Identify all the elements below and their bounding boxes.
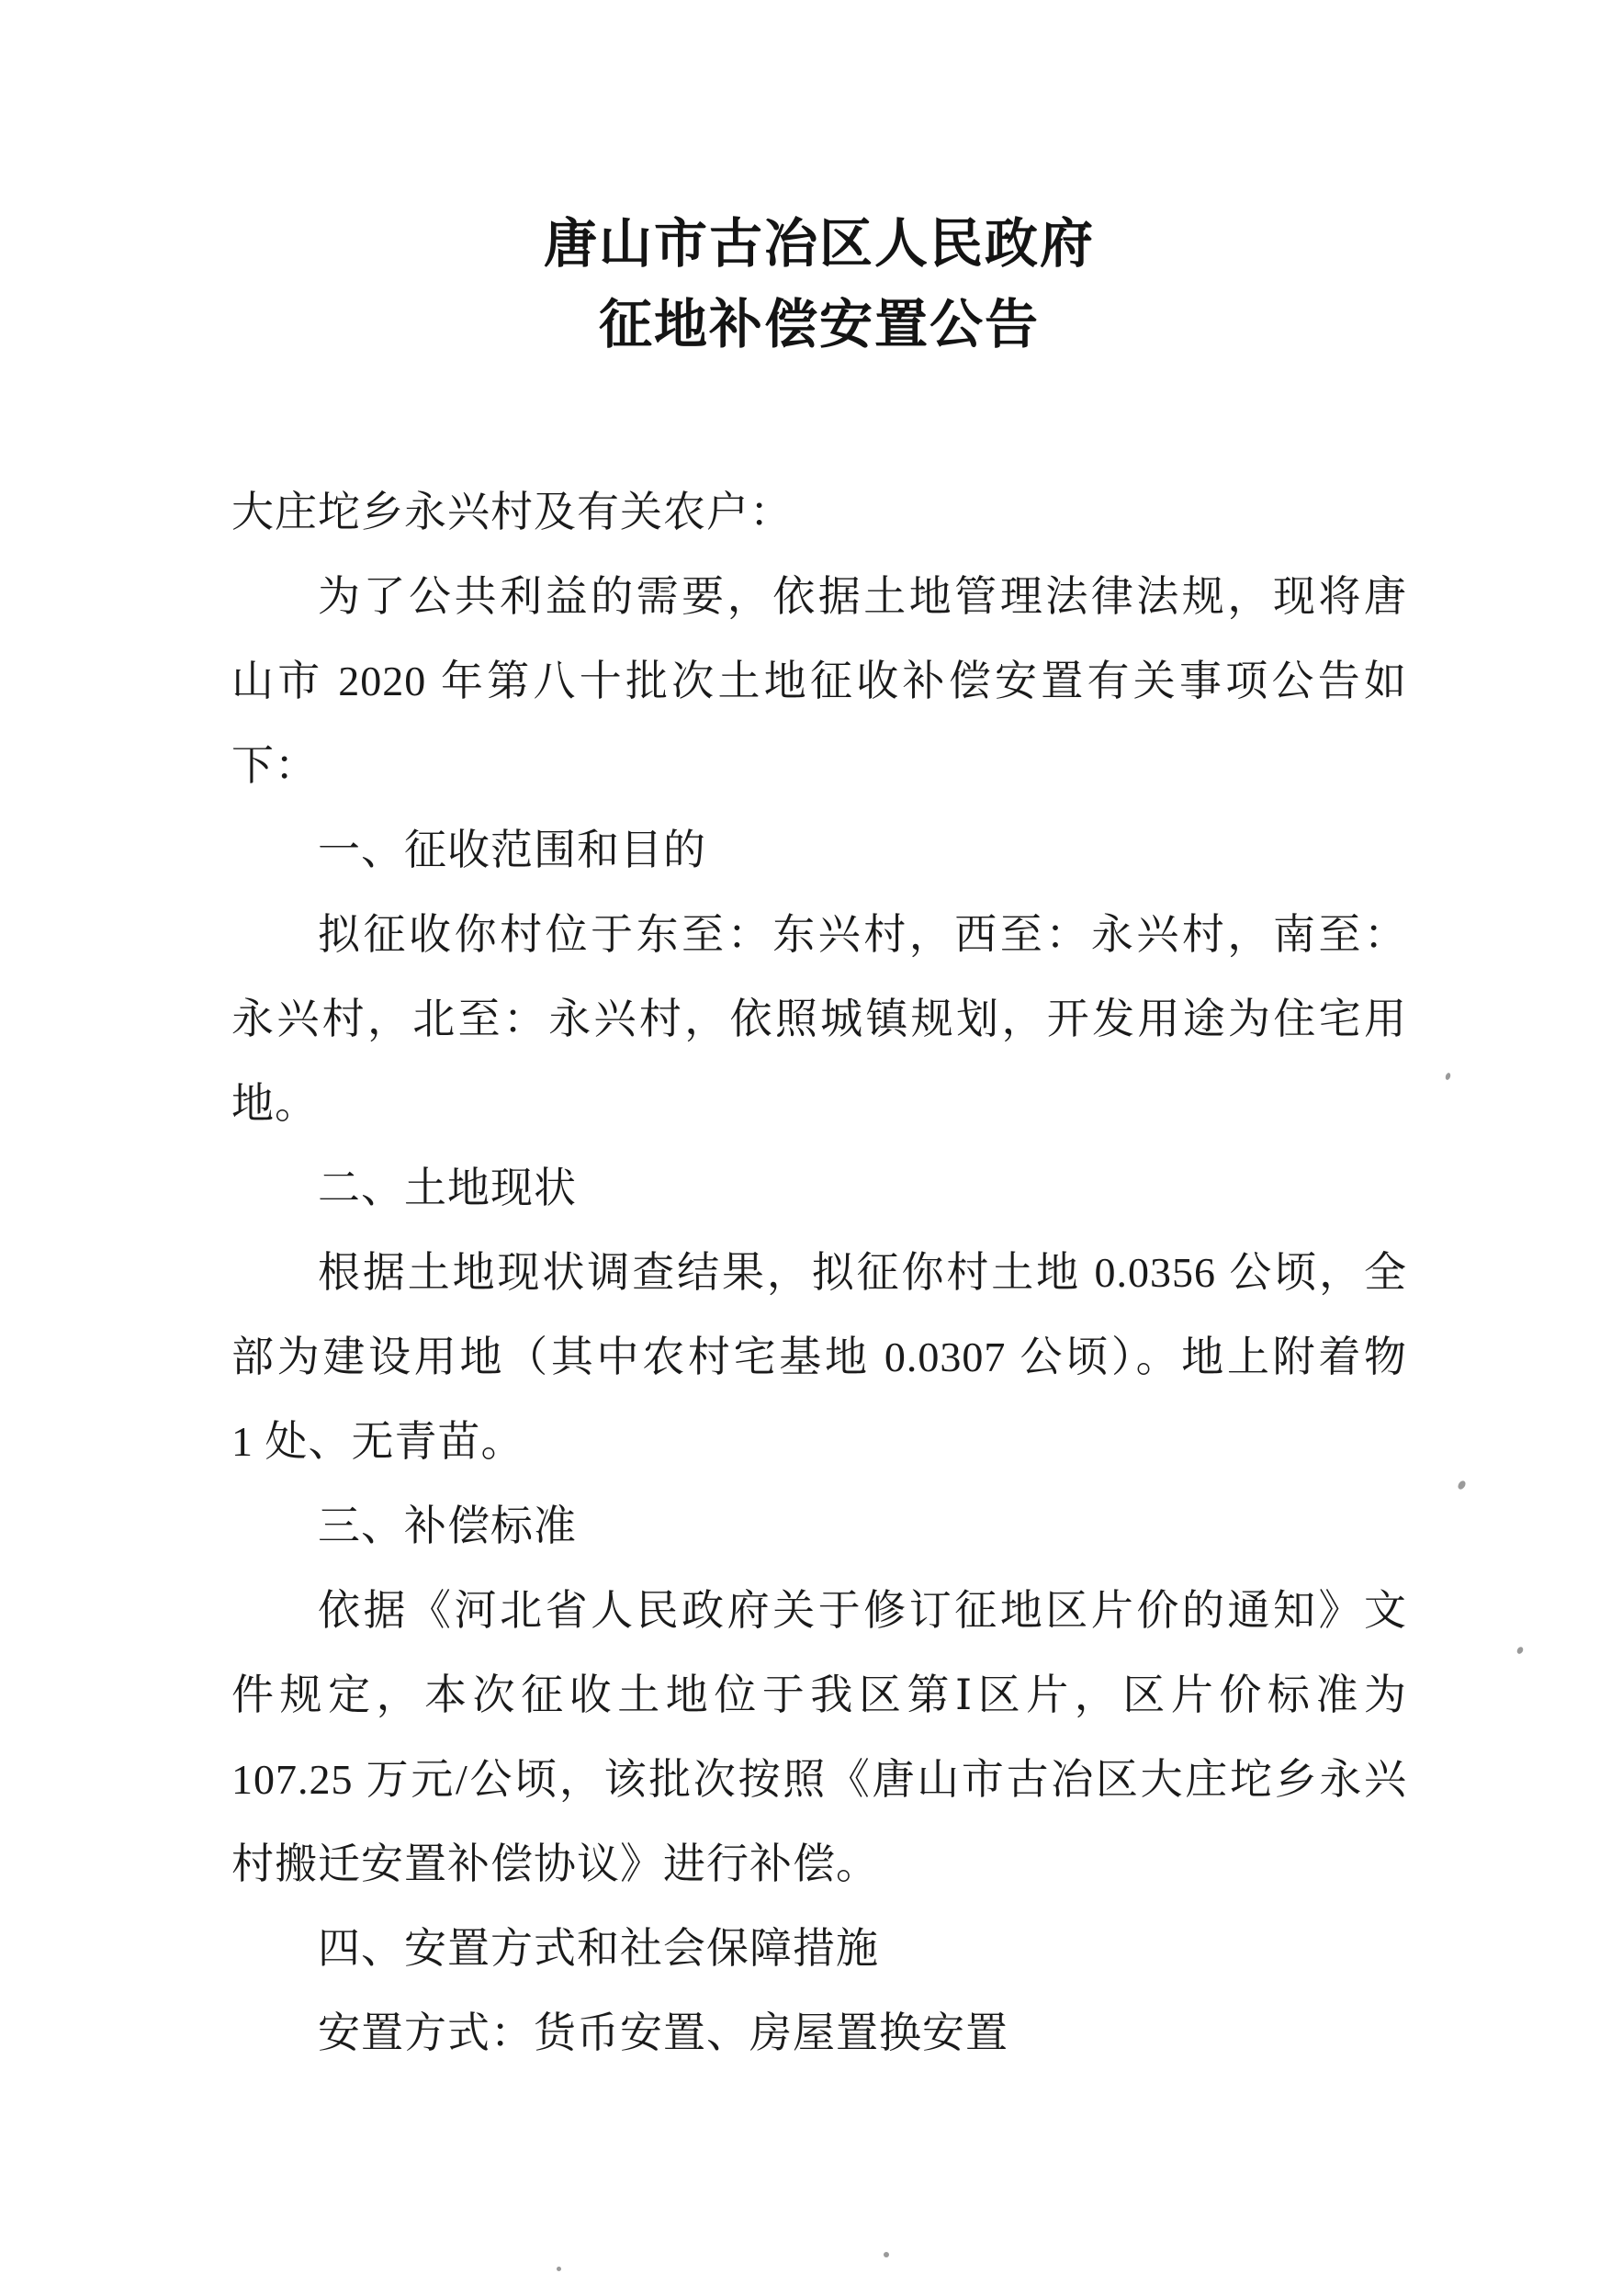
body-line: 永兴村，北至：永兴村，依照城镇规划，开发用途为住宅用 bbox=[231, 977, 1407, 1062]
body-line: 村搬迁安置补偿协议》进行补偿。 bbox=[231, 1822, 1407, 1907]
body-line: 1 处、无青苗。 bbox=[231, 1400, 1407, 1484]
scan-speckle bbox=[557, 2267, 561, 2271]
body-line: 部为建设用地（其中农村宅基地 0.0307 公顷）。地上附着物 bbox=[231, 1315, 1407, 1400]
title-line-2: 征地补偿安置公告 bbox=[231, 285, 1407, 366]
body-line-heading-1: 一、征收范围和目的 bbox=[231, 808, 1407, 893]
document-body: 大庄坨乡永兴村及有关农户： 为了公共利益的需要，依据土地管理法律法规，现将唐 山… bbox=[231, 470, 1407, 2076]
body-line: 为了公共利益的需要，依据土地管理法律法规，现将唐 bbox=[231, 555, 1407, 639]
body-line: 地。 bbox=[231, 1062, 1407, 1146]
scan-speckle bbox=[1457, 1480, 1467, 1491]
scan-speckle bbox=[884, 2252, 889, 2257]
body-line: 拟征收你村位于东至：东兴村，西至：永兴村，南至： bbox=[231, 893, 1407, 977]
body-line-heading-2: 二、土地现状 bbox=[231, 1146, 1407, 1231]
scanned-document-page: 唐山市古冶区人民政府 征地补偿安置公告 大庄坨乡永兴村及有关农户： 为了公共利益… bbox=[0, 0, 1611, 2296]
body-line-heading-4: 四、安置方式和社会保障措施 bbox=[231, 1907, 1407, 1991]
scan-speckle bbox=[1515, 1646, 1524, 1655]
body-line: 依据《河北省人民政府关于修订征地区片价的通知》文 bbox=[231, 1569, 1407, 1653]
body-line: 山市 2020 年第八十批次土地征收补偿安置有关事项公告如 bbox=[231, 639, 1407, 724]
title-line-1: 唐山市古冶区人民政府 bbox=[231, 204, 1407, 285]
body-line-salutation: 大庄坨乡永兴村及有关农户： bbox=[231, 470, 1407, 555]
body-line: 安置方式：货币安置、房屋置换安置 bbox=[231, 1991, 1407, 2076]
scan-speckle bbox=[1445, 1072, 1451, 1080]
body-line: 根据土地现状调查结果，拟征你村土地 0.0356 公顷，全 bbox=[231, 1231, 1407, 1315]
body-line: 下： bbox=[231, 724, 1407, 808]
body-line: 107.25 万元/公顷，该批次按照《唐山市古冶区大庄坨乡永兴 bbox=[231, 1738, 1407, 1822]
body-line: 件规定，本次征收土地位于我区第Ⅰ区片，区片价标准为 bbox=[231, 1653, 1407, 1738]
document-title: 唐山市古冶区人民政府 征地补偿安置公告 bbox=[231, 204, 1407, 366]
body-line-heading-3: 三、补偿标准 bbox=[231, 1484, 1407, 1569]
